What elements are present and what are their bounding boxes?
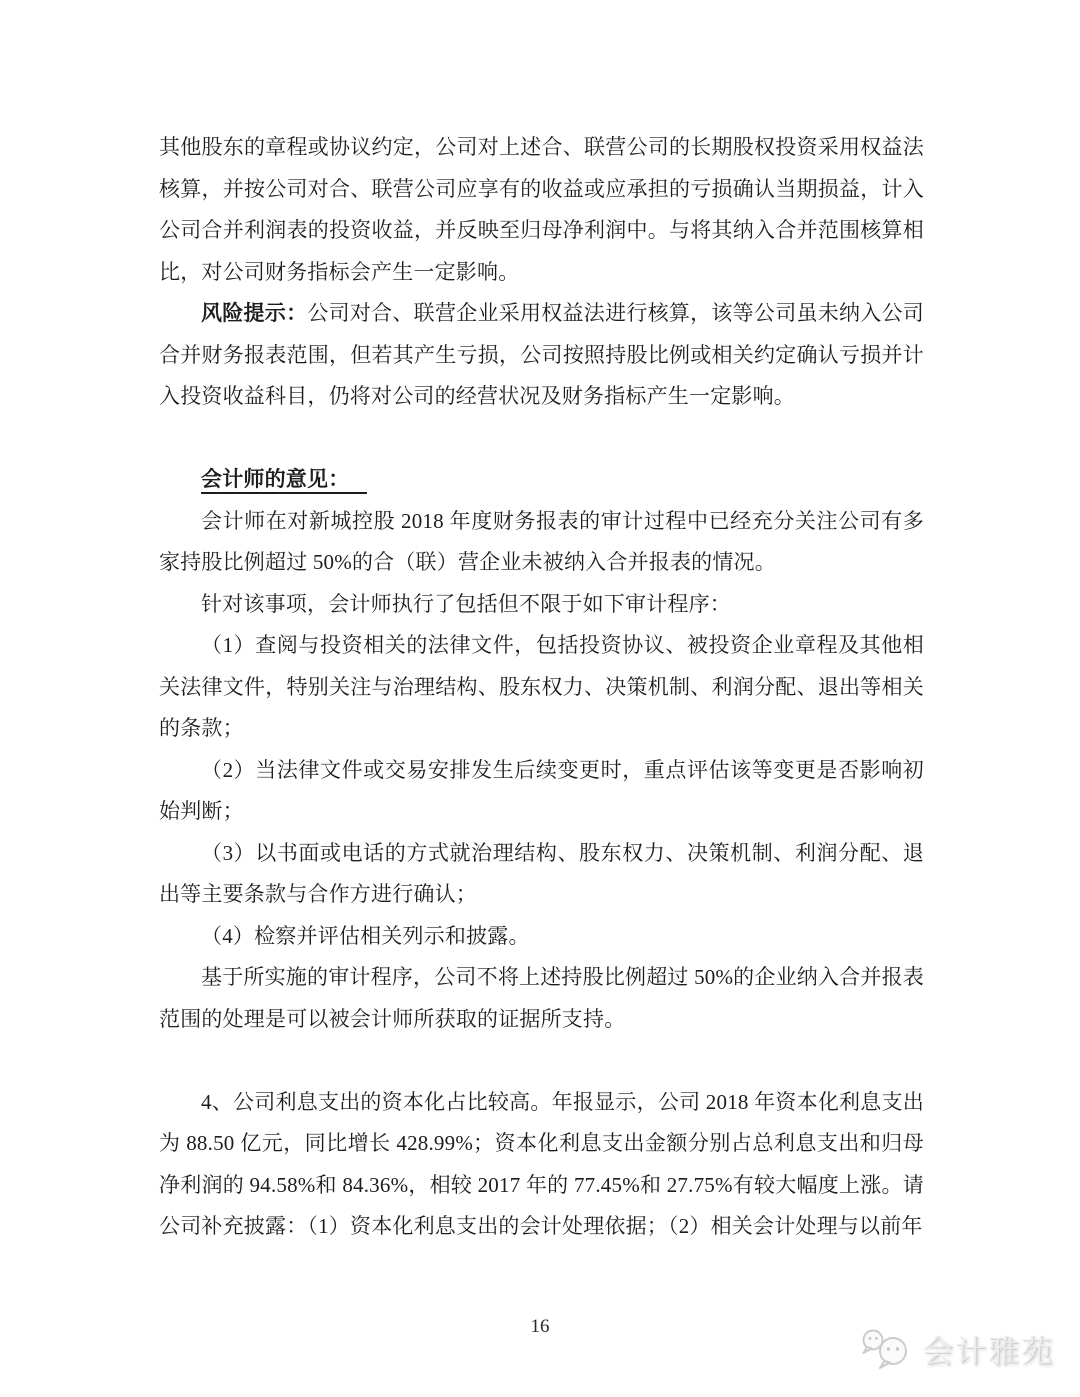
paragraph-audit-step-1: （1）查阅与投资相关的法律文件，包括投资协议、被投资企业章程及其他相关法律文件，… [159, 625, 924, 750]
paragraph-audit-step-2: （2）当法律文件或交易安排发生后续变更时，重点评估该等变更是否影响初始判断； [159, 750, 924, 833]
watermark-text: 会计雅苑 [922, 1326, 1054, 1371]
paragraph-continued-equity-method: 其他股东的章程或协议约定，公司对上述合、联营公司的长期股权投资采用权益法核算，并… [159, 127, 924, 293]
paragraph-risk-warning: 风险提示：公司对合、联营企业采用权益法进行核算，该等公司虽未纳入公司合并财务报表… [159, 293, 924, 418]
blank-line [159, 418, 924, 460]
paragraph-audit-step-3: （3）以书面或电话的方式就治理结构、股东权力、决策机制、利润分配、退出等主要条款… [159, 833, 924, 916]
paragraph-audit-procedures-intro: 针对该事项，会计师执行了包括但不限于如下审计程序： [159, 584, 924, 626]
section-heading-accountant-opinion: 会计师的意见： [159, 459, 924, 501]
section-heading-text: 会计师的意见： [201, 467, 367, 494]
risk-warning-label: 风险提示： [201, 301, 307, 325]
watermark: 会计雅苑 [859, 1326, 1054, 1371]
paragraph-item-4-interest-capitalization: 4、公司利息支出的资本化占比较高。年报显示，公司 2018 年资本化利息支出为 … [159, 1082, 924, 1248]
paragraph-audit-conclusion: 基于所实施的审计程序，公司不将上述持股比例超过 50%的企业纳入合并报表范围的处… [159, 957, 924, 1040]
wechat-logo-icon [859, 1328, 915, 1370]
paragraph-audit-step-4: （4）检察并评估相关列示和披露。 [159, 916, 924, 958]
paragraph-accountant-attention: 会计师在对新城控股 2018 年度财务报表的审计过程中已经充分关注公司有多家持股… [159, 501, 924, 584]
document-body: 其他股东的章程或协议约定，公司对上述合、联营公司的长期股权投资采用权益法核算，并… [159, 127, 924, 1248]
blank-line [159, 1040, 924, 1082]
document-page: 其他股东的章程或协议约定，公司对上述合、联营公司的长期股权投资采用权益法核算，并… [0, 0, 1080, 1397]
